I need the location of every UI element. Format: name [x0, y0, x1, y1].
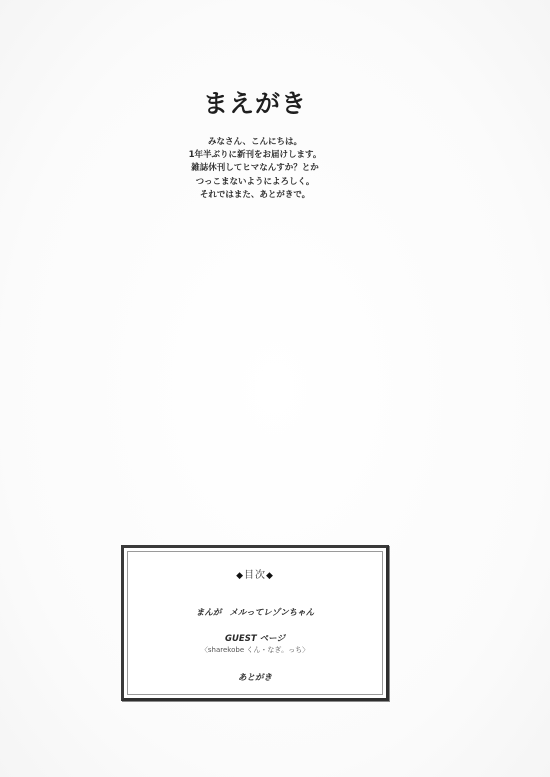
foreword-text: みなさん、こんにちは。 1年半ぶりに新刊をお届けします。 雑誌休刊してヒマなんす…: [0, 136, 510, 202]
toc-item-manga: まんがメルってレゾンちゃん: [128, 606, 382, 618]
diamond-icon: ◆: [266, 571, 274, 581]
foreword-line: つっこまないようによろしく。: [0, 176, 510, 189]
toc-heading-label: 目次: [244, 570, 266, 581]
foreword-line: 1年半ぶりに新刊をお届けします。: [0, 149, 510, 162]
toc-inner-frame: ◆目次◆ まんがメルってレゾンちゃん GUEST ページ 〈sharekobe …: [127, 551, 383, 695]
toc-item-guest-authors: 〈sharekobe くん・なぎ。っち〉: [128, 645, 382, 655]
foreword-line: それではまた、あとがきで。: [0, 189, 510, 202]
toc-heading: ◆目次◆: [128, 566, 382, 581]
foreword-line: 雑誌休刊してヒマなんすか？とか: [0, 162, 510, 175]
toc-item-category: まんが: [196, 608, 222, 618]
diamond-icon: ◆: [236, 571, 244, 581]
table-of-contents: ◆目次◆ まんがメルってレゾンちゃん GUEST ページ 〈sharekobe …: [121, 545, 389, 701]
toc-item-title: メルってレゾンちゃん: [229, 608, 314, 618]
toc-item-guest: GUEST ページ: [128, 632, 382, 644]
page: まえがき みなさん、こんにちは。 1年半ぶりに新刊をお届けします。 雑誌休刊して…: [0, 0, 550, 777]
foreword-title: まえがき: [0, 84, 510, 120]
toc-item-afterword: あとがき: [128, 671, 382, 683]
foreword-line: みなさん、こんにちは。: [0, 136, 510, 149]
